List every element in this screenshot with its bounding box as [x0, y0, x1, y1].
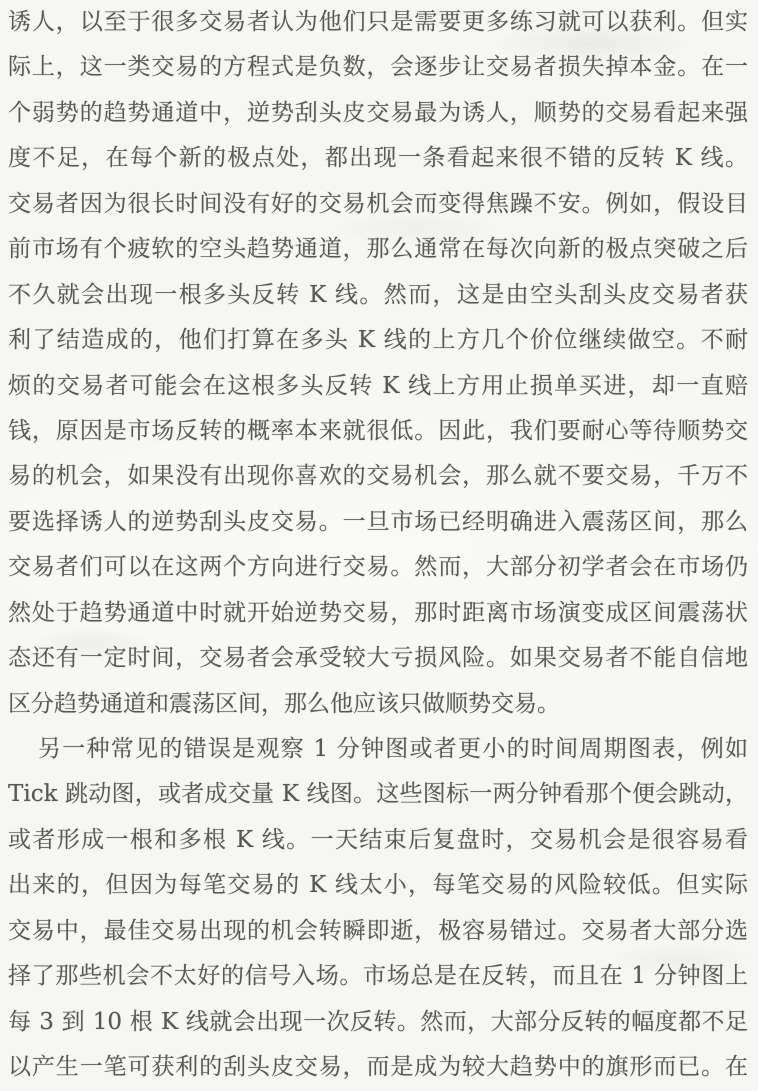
text-line: 交易者们可以在这两个方向进行交易。然而，大部分初学者会在市场仍 — [8, 545, 748, 590]
text-line: 交易中，最佳交易出现的机会转瞬即逝，极容易错过。交易者大部分选 — [8, 909, 748, 954]
text-line: 不久就会出现一根多头反转 K 线。然而，这是由空头刮头皮交易者获 — [8, 273, 748, 318]
text-line: 前市场有个疲软的空头趋势通道，那么通常在每次向新的极点突破之后 — [8, 227, 748, 272]
text-line: 要选择诱人的逆势刮头皮交易。一旦市场已经明确进入震荡区间，那么 — [8, 500, 748, 545]
text-line: 际上，这一类交易的方程式是负数，会逐步让交易者损失掉本金。在一 — [8, 45, 748, 90]
text-line: 度不足，在每个新的极点处，都出现一条看起来很不错的反转 K 线。 — [8, 136, 748, 181]
text-line: 交易者因为很长时间没有好的交易机会而变得焦躁不安。例如，假设目 — [8, 182, 748, 227]
paragraph-1: 诱人，以至于很多交易者认为他们只是需要更多练习就可以获利。但实 际上，这一类交易… — [8, 0, 748, 727]
text-line: 以产生一笔可获利的刮头皮交易，而是成为较大趋势中的旗形而已。在 — [8, 1045, 748, 1090]
text-line: 出来的，但因为每笔交易的 K 线太小，每笔交易的风险较低。但实际 — [8, 863, 748, 908]
text-line: 然处于趋势通道中时就开始逆势交易，那时距离市场演变成区间震荡状 — [8, 591, 748, 636]
text-line: 择了那些机会不太好的信号入场。市场总是在反转，而且在 1 分钟图上 — [8, 954, 748, 999]
text-line: 烦的交易者可能会在这根多头反转 K 线上方用止损单买进，却一直赔 — [8, 364, 748, 409]
text-line: 个弱势的趋势通道中，逆势刮头皮交易最为诱人，顺势的交易看起来强 — [8, 91, 748, 136]
text-line: 或者形成一根和多根 K 线。一天结束后复盘时，交易机会是很容易看 — [8, 818, 748, 863]
paragraph-2: 另一种常见的错误是观察 1 分钟图或者更小的时间周期图表，例如 Tick 跳动图… — [8, 727, 748, 1091]
book-page: 诱人，以至于很多交易者认为他们只是需要更多练习就可以获利。但实 际上，这一类交易… — [0, 0, 758, 1091]
text-line: 每 3 到 10 根 K 线就会出现一次反转。然而，大部分反转的幅度都不足 — [8, 1000, 748, 1045]
text-line: 区分趋势通道和震荡区间，那么他应该只做顺势交易。 — [8, 682, 748, 727]
text-line: 态还有一定时间，交易者会承受较大亏损风险。如果交易者不能自信地 — [8, 636, 748, 681]
text-line: Tick 跳动图，或者成交量 K 线图。这些图标一两分钟看那个便会跳动， — [8, 772, 748, 817]
text-line: 易的机会，如果没有出现你喜欢的交易机会，那么就不要交易，千万不 — [8, 454, 748, 499]
text-line: 另一种常见的错误是观察 1 分钟图或者更小的时间周期图表，例如 — [8, 727, 748, 772]
text-line: 诱人，以至于很多交易者认为他们只是需要更多练习就可以获利。但实 — [8, 0, 748, 45]
text-line: 钱，原因是市场反转的概率本来就很低。因此，我们要耐心等待顺势交 — [8, 409, 748, 454]
text-line: 利了结造成的，他们打算在多头 K 线的上方几个价位继续做空。不耐 — [8, 318, 748, 363]
